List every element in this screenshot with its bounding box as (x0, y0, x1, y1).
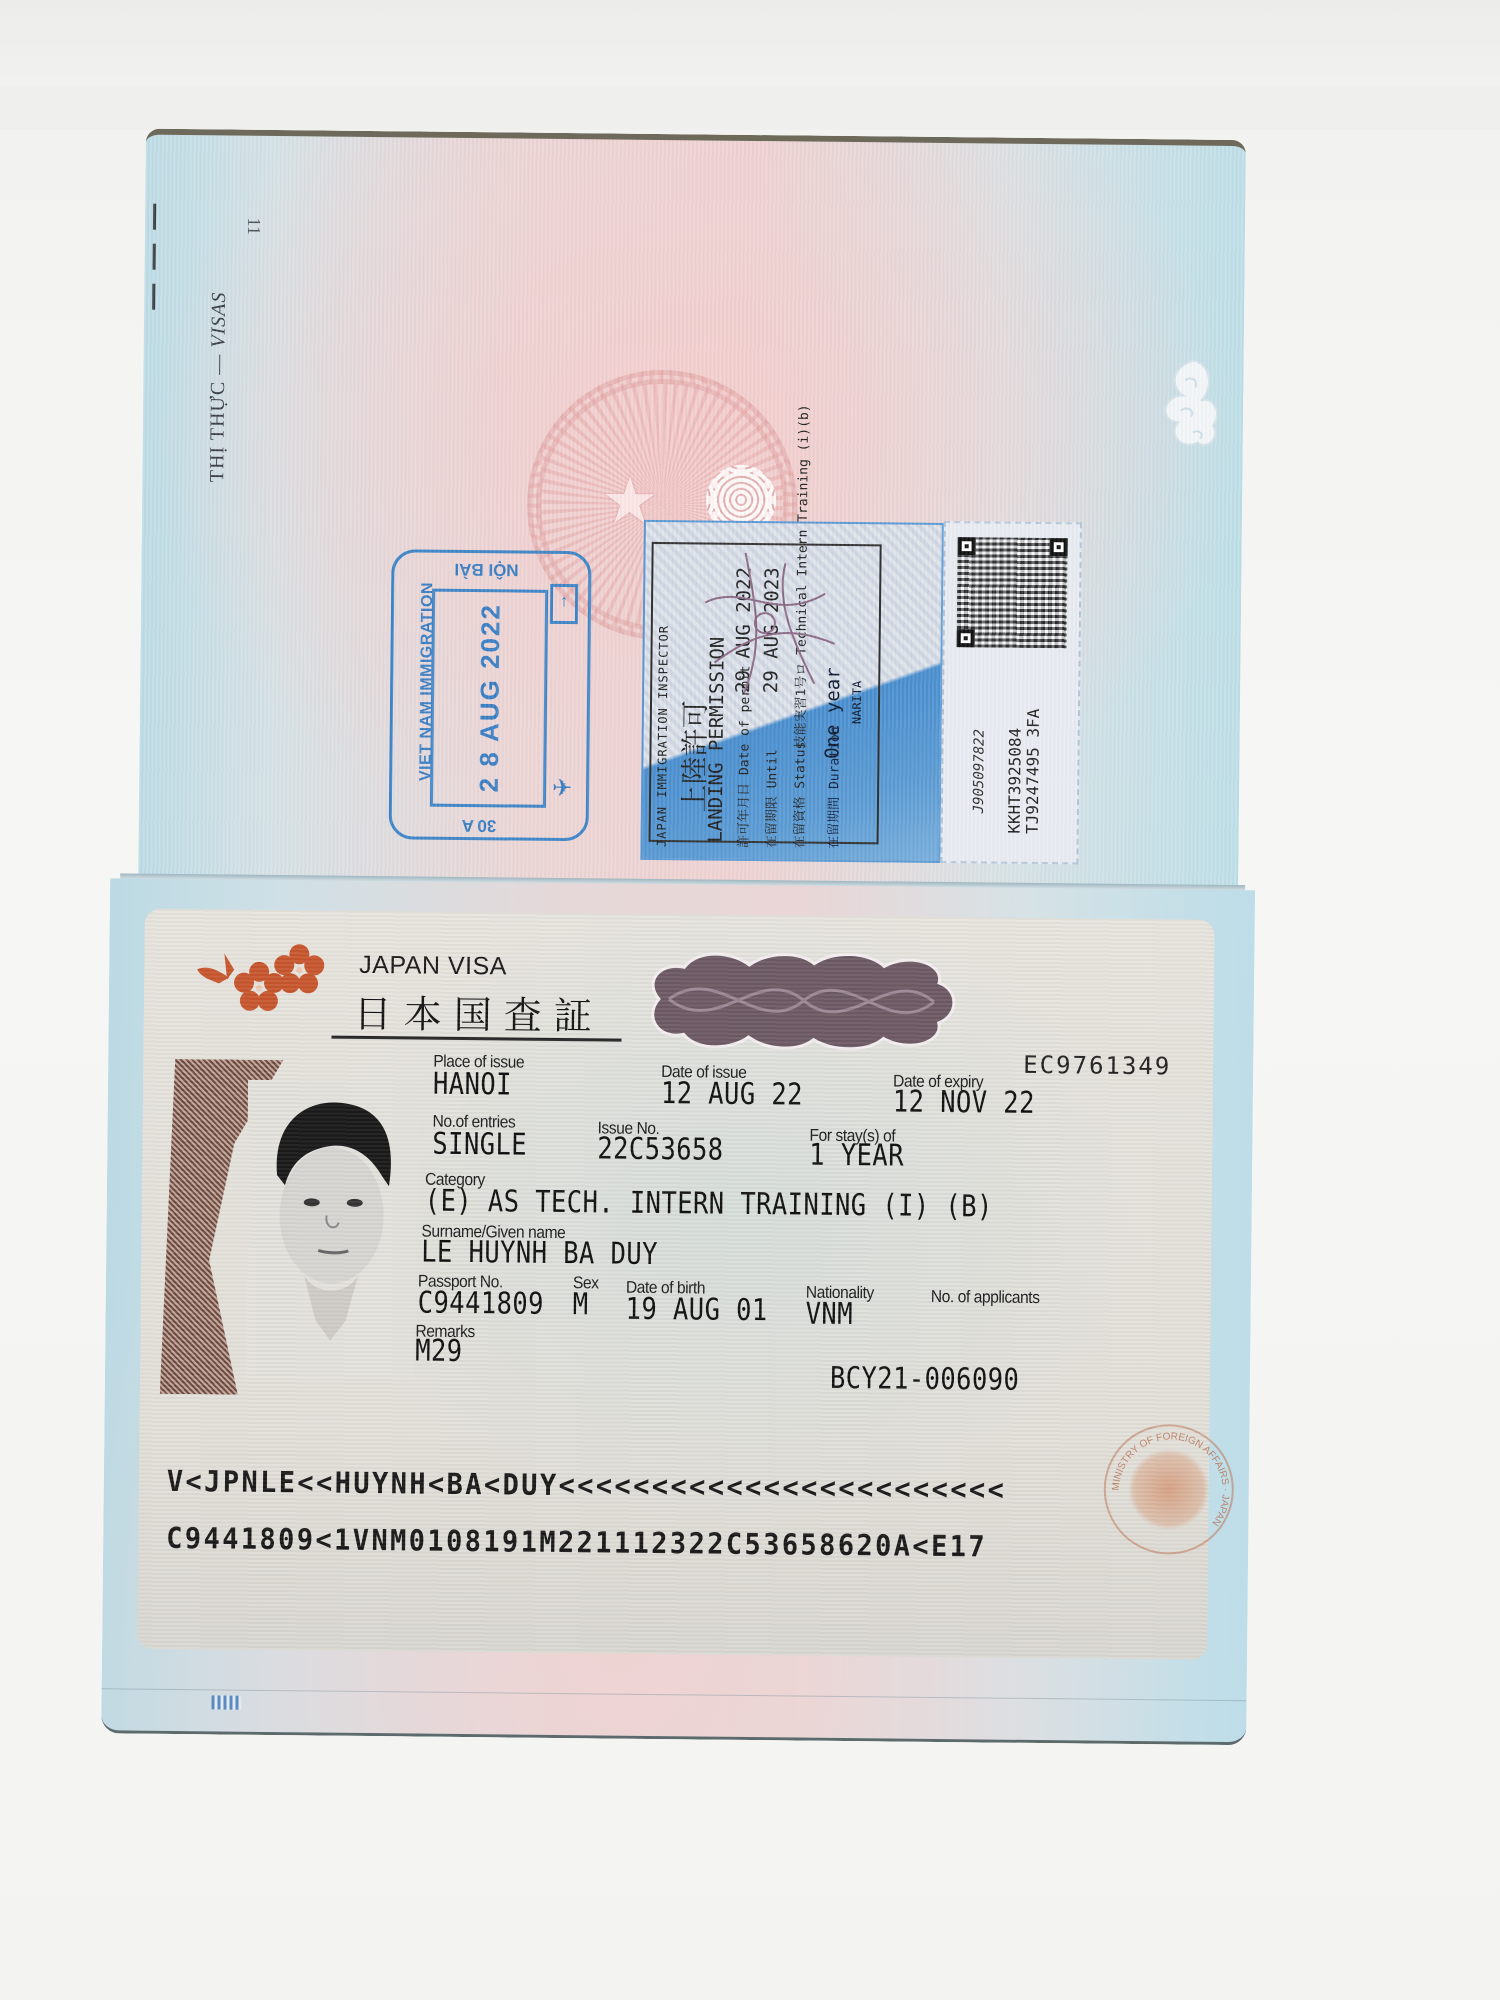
japan-visa-sticker: JAPAN VISA 日本国査証 EC9761349 Place of issu… (137, 909, 1215, 1660)
date-of-issue-value: 12 AUG 22 (661, 1076, 803, 1112)
landing-code-line-1: KKHT3925084 (1005, 728, 1025, 834)
landing-permission-frame (649, 542, 882, 844)
remarks-value: M29 (415, 1333, 463, 1368)
until-date: 29 AUG 2023 (760, 567, 783, 693)
visa-number: EC9761349 (1023, 1051, 1171, 1081)
stamp-authority: VIET NAM IMMIGRATION (417, 561, 438, 801)
page-edge-marks (152, 190, 159, 330)
status-value: 技能実習1号ロ Technical Intern Training (i)(b) (790, 404, 813, 748)
inspector-signature-icon (684, 542, 846, 704)
landing-title-jp: 上陸許可 (673, 700, 714, 812)
date-of-birth-value: 19 AUG 01 (625, 1292, 767, 1328)
mrz-line-2: C9441809<1VNM0108191M221112322C53658620A… (166, 1521, 987, 1564)
vietnam-emblem-watermark: ★ (526, 369, 799, 642)
section-title-separator: — (207, 354, 229, 375)
mrz-line-1: V<JPNLE<<HUYNH<BA<DUY<<<<<<<<<<<<<<<<<<<… (167, 1464, 1007, 1507)
section-title-vn: THỊ THỰC (206, 381, 229, 483)
status-label: 在留資格 Status (788, 742, 808, 849)
holder-photo-frame (160, 1059, 413, 1397)
name-value: LE HUYNH BA DUY (421, 1235, 658, 1272)
seal-text: MINISTRY OF FOREIGN AFFAIRS · JAPAN (1105, 1426, 1236, 1557)
for-stay-value: 1 YEAR (809, 1138, 904, 1174)
duration-value: One year (821, 667, 844, 759)
arrival-arrow-icon: ↑ (550, 584, 578, 624)
stamp-date: 2 8 AUG 2022 (474, 598, 507, 798)
until-label: 在留期限 Until (760, 749, 780, 848)
holder-photo (245, 1080, 418, 1382)
stamp-date-box: 2 8 AUG 2022 (430, 589, 548, 808)
duration-label: 在留期間 Duration (822, 726, 842, 849)
star-icon: ★ (601, 463, 659, 539)
security-hologram (638, 942, 969, 1060)
page-number: 11 (243, 217, 264, 235)
landing-title-en: LANDING PERMISSION (705, 637, 729, 843)
passport-page-visas: 11 THỊ THỰC — VISAS ★ NỘI BÀI ↑ VIET NAM… (138, 129, 1246, 888)
place-of-issue-value: HANOI (433, 1067, 512, 1103)
visa-title-en: JAPAN VISA (359, 951, 507, 982)
date-of-permit-label: 許可年月日 Date of permit (732, 665, 753, 848)
landing-code-line-2: TJ9247495 3FA (1023, 709, 1043, 834)
no-of-entries-value: SINGLE (432, 1127, 527, 1163)
stamp-code: 30 A (462, 815, 497, 835)
page-security-pattern (211, 1695, 241, 1709)
qr-code-icon (957, 537, 1068, 648)
landing-header: JAPAN IMMIGRATION INSPECTOR (655, 625, 671, 847)
date-of-permit: 29 AUG 2022 (732, 567, 755, 693)
vietnam-immigration-stamp: NỘI BÀI ↑ VIET NAM IMMIGRATION 2 8 AUG 2… (389, 549, 592, 841)
japan-landing-permission-sticker: JAPAN IMMIGRATION INSPECTOR 上陸許可 LANDING… (640, 520, 944, 863)
cherry-blossom-icon (189, 939, 340, 1021)
ministry-seal: MINISTRY OF FOREIGN AFFAIRS · JAPAN (1103, 1424, 1234, 1555)
background-band (0, 85, 1500, 130)
no-of-applicants-label: No. of applicants (931, 1287, 1040, 1308)
landing-qr-panel: J905097822 KKHT3925084 TJ9247495 3FA (940, 521, 1082, 864)
airplane-icon: ✈ (552, 774, 572, 803)
landing-serial: J905097822 (971, 729, 988, 813)
section-title: THỊ THỰC — VISAS (206, 291, 231, 482)
stamp-airport: NỘI BÀI (454, 559, 518, 580)
passport-booklet: 11 THỊ THỰC — VISAS ★ NỘI BÀI ↑ VIET NAM… (71, 128, 1288, 1745)
date-of-expiry-value: 12 NOV 22 (893, 1084, 1035, 1120)
port-of-entry: NARITA (850, 681, 864, 725)
nationality-value: VNM (805, 1297, 853, 1332)
sex-value: M (573, 1287, 589, 1322)
cloud-ornament-icon (1143, 350, 1224, 461)
visa-title-jp: 日本国査証 (353, 983, 604, 1041)
category-value: (E) AS TECH. INTERN TRAINING (I) (B) (425, 1184, 993, 1225)
svg-text:MINISTRY OF FOREIGN AFFAIRS ·: MINISTRY OF FOREIGN AFFAIRS · JAPAN (1110, 1431, 1231, 1528)
control-number: BCY21-006090 (830, 1361, 1020, 1398)
passport-no-value: C9441809 (418, 1286, 545, 1322)
issue-no-value: 22C53658 (597, 1131, 724, 1167)
gear-icon (706, 464, 777, 535)
section-title-en: VISAS (207, 291, 230, 347)
